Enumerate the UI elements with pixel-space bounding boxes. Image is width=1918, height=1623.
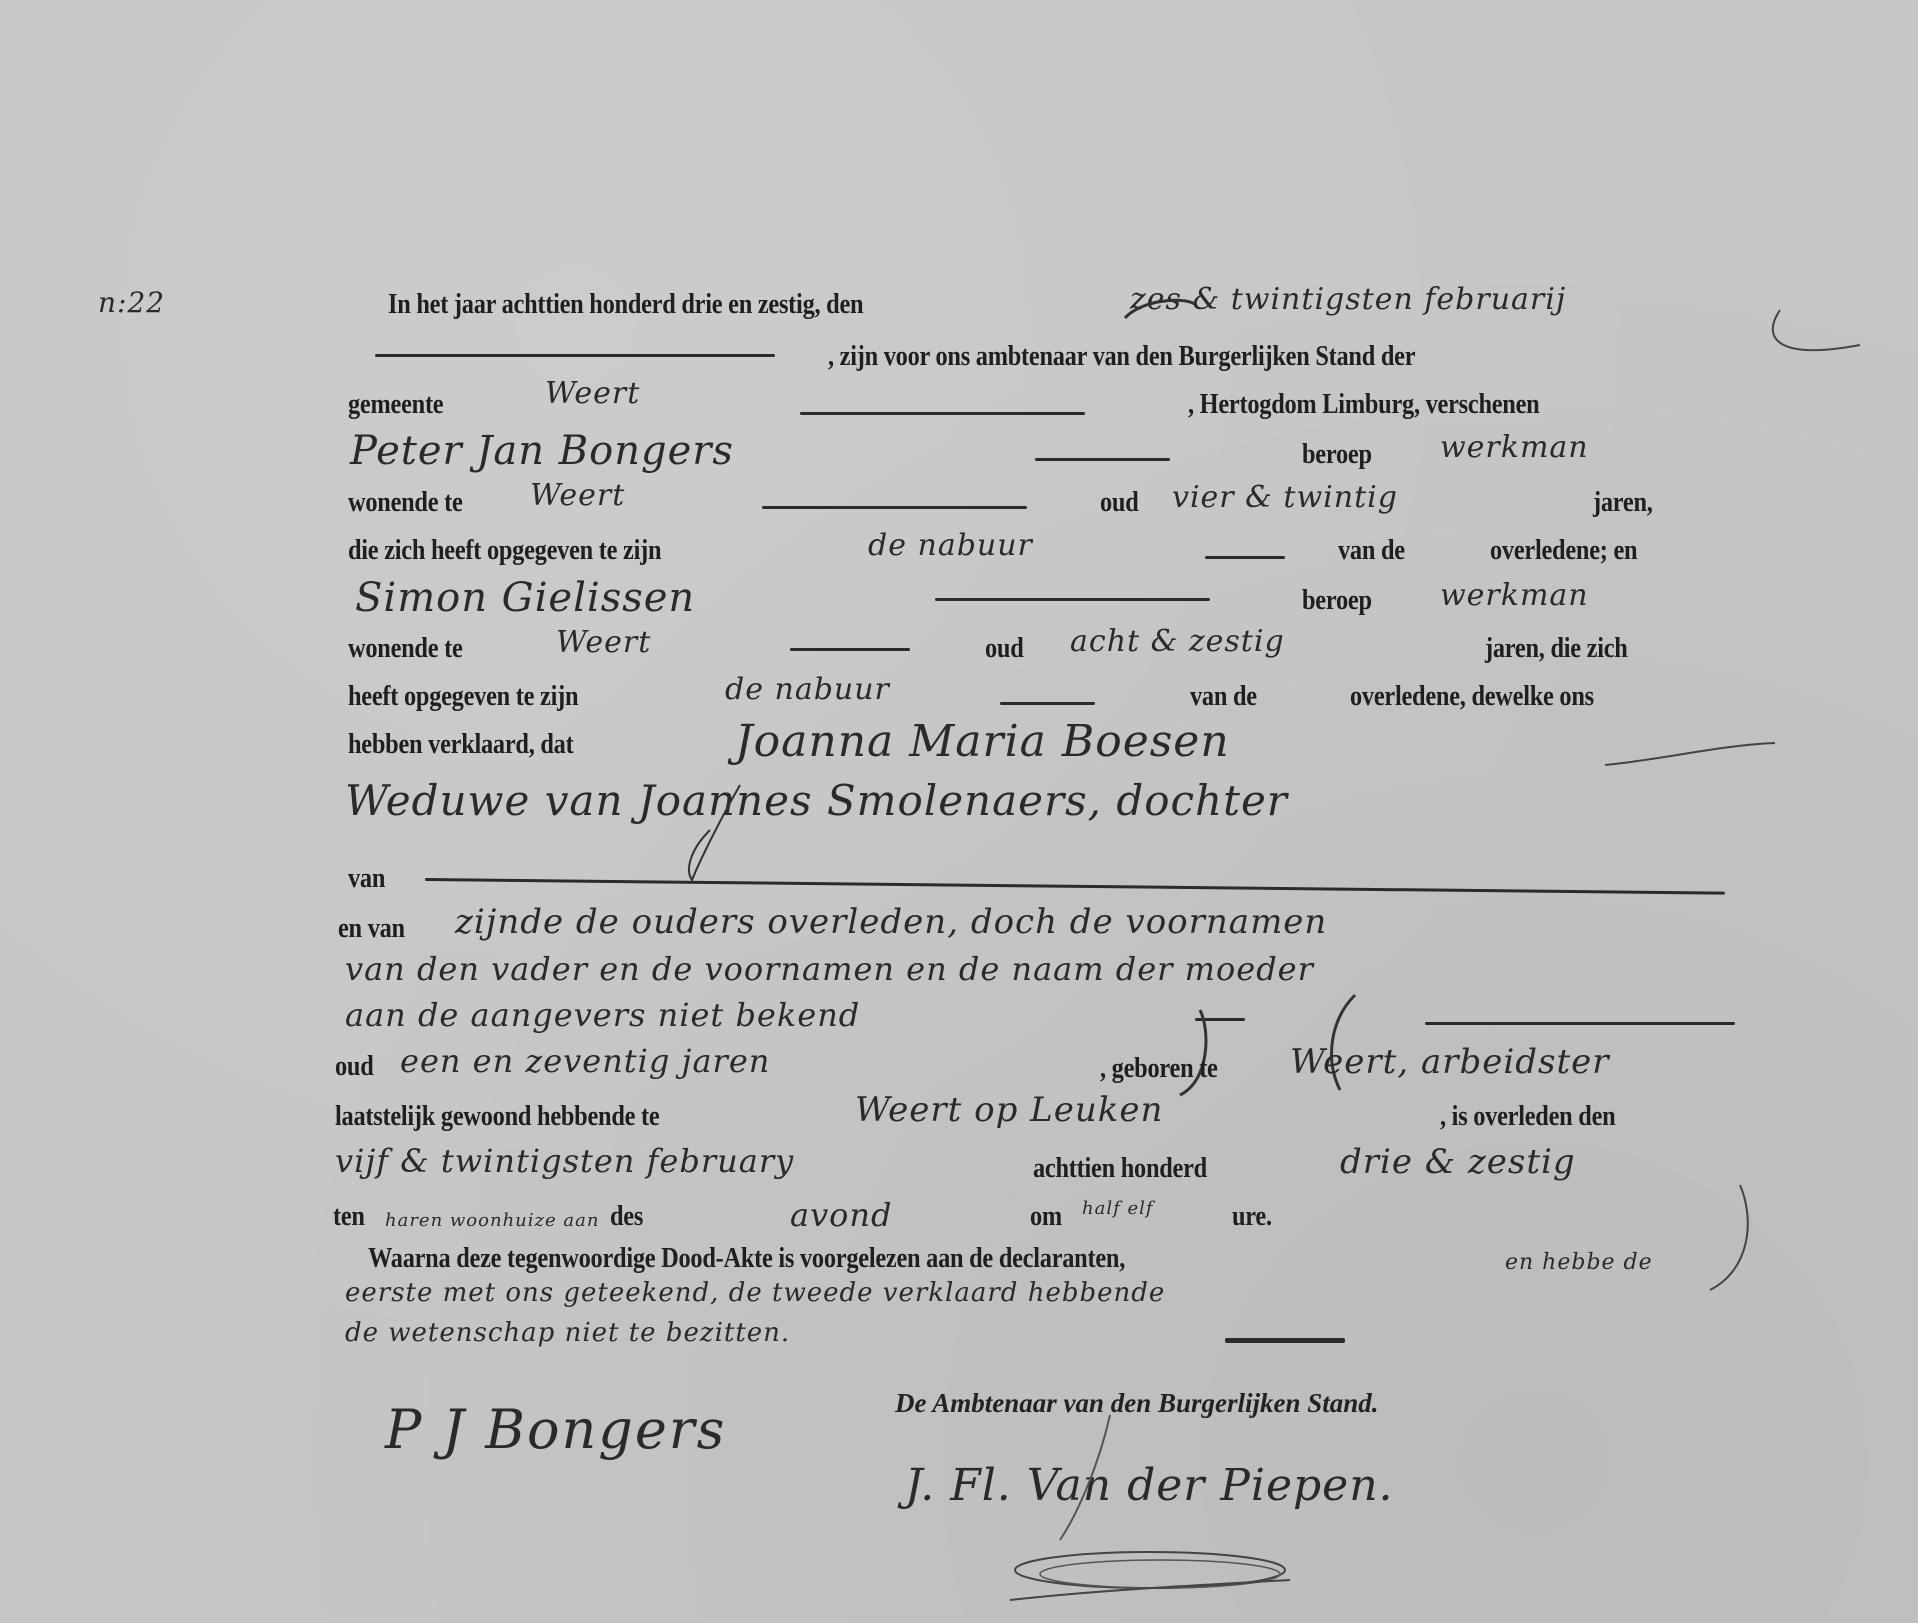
handwritten-closing-line1: eerste met ons geteekend, de tweede verk…	[345, 1278, 1165, 1308]
printed-gemeente: gemeente	[348, 388, 443, 421]
printed-die-zich: die zich heeft opgegeven te zijn	[348, 534, 661, 567]
handwritten-deceased-name: Joanna Maria Boesen	[735, 716, 1230, 767]
printed-geboren-te: , geboren te	[1100, 1052, 1218, 1085]
handwritten-gemeente: Weert	[545, 376, 640, 411]
blank-rule	[790, 648, 910, 651]
death-certificate-page: n:22 In het jaar achttien honderd drie e…	[0, 0, 1918, 1623]
date-tail-flourish	[1750, 300, 1870, 370]
printed-achttien-honderd: achttien honderd	[1033, 1152, 1207, 1185]
handwritten-parents-line3: aan de aangevers niet bekend	[345, 996, 860, 1034]
blank-rule	[1425, 1022, 1735, 1025]
printed-ure: ure.	[1232, 1200, 1272, 1233]
handwritten-closing-line2: de wetenschap niet te bezitten.	[345, 1318, 790, 1348]
bracket-flourish	[1170, 1000, 1260, 1100]
paraph-flourish	[1000, 1540, 1300, 1620]
blank-rule	[800, 412, 1085, 415]
printed-om: om	[1030, 1200, 1062, 1233]
printed-wonende-te-2: wonende te	[348, 632, 463, 665]
printed-wonende-te: wonende te	[348, 486, 463, 519]
printed-overledene-dewelke: overledene, dewelke ons	[1350, 680, 1594, 713]
handwritten-declarant1-residence: Weert	[530, 478, 625, 513]
handwritten-declarant2-name: Simon Gielissen	[355, 575, 695, 621]
handwritten-death-day-month: vijf & twintigsten february	[335, 1142, 794, 1180]
handwritten-declarant1-relation: de nabuur	[868, 528, 1033, 563]
handwritten-declarant1-occupation: werkman	[1440, 430, 1589, 465]
blank-rule	[1225, 1338, 1345, 1343]
printed-laatstelijk: laatstelijk gewoond hebbende te	[335, 1100, 659, 1133]
printed-oud: oud	[1100, 486, 1139, 519]
handwritten-last-residence: Weert op Leuken	[855, 1090, 1163, 1130]
printed-ten: ten	[333, 1200, 365, 1233]
printed-overledene-en: overledene; en	[1490, 534, 1637, 567]
printed-van-de: van de	[1338, 534, 1405, 567]
blank-rule	[1000, 702, 1095, 705]
printed-oud-3: oud	[335, 1050, 374, 1083]
printed-oud-2: oud	[985, 632, 1024, 665]
handwritten-declarant1-name: Peter Jan Bongers	[350, 428, 734, 474]
handwritten-closing-line0: en hebbe de	[1505, 1250, 1653, 1275]
date-flourish	[1120, 296, 1200, 326]
official-title: De Ambtenaar van den Burgerlijken Stand.	[895, 1388, 1379, 1419]
j-loop-flourish	[680, 780, 760, 890]
printed-hebben-verklaard: hebben verklaard, dat	[348, 728, 573, 761]
printed-en-van: en van	[338, 912, 405, 945]
handwritten-deceased-age: een en zeventig jaren	[400, 1042, 770, 1080]
handwritten-deceased-status: Weduwe van Joannes Smolenaers, dochter	[345, 776, 1288, 825]
handwritten-death-year: drie & zestig	[1340, 1142, 1576, 1182]
blank-rule	[935, 598, 1210, 601]
handwritten-declarant2-residence: Weert	[556, 625, 651, 660]
handwritten-parents-line1: zijnde de ouders overleden, doch de voor…	[455, 902, 1327, 942]
signature-official: J. Fl. Van der Piepen.	[905, 1460, 1394, 1511]
printed-van: van	[348, 862, 385, 895]
blank-rule	[1035, 458, 1170, 461]
printed-heeft-opgegeven: heeft opgegeven te zijn	[348, 680, 578, 713]
entry-number: n:22	[98, 286, 165, 319]
handwritten-hour: half elf	[1082, 1198, 1154, 1219]
printed-des: des	[610, 1200, 643, 1233]
signature-stroke	[1040, 1410, 1130, 1550]
handwritten-time-of-day: avond	[790, 1196, 893, 1234]
printed-line2: , zijn voor ons ambtenaar van den Burger…	[828, 340, 1415, 373]
name-tail-flourish	[1600, 735, 1780, 775]
signature-declarant: P J Bongers	[385, 1398, 726, 1461]
closing-flourish	[1700, 1180, 1760, 1300]
printed-jaren: jaren,	[1593, 486, 1653, 519]
blank-rule	[375, 354, 775, 357]
printed-beroep-2: beroep	[1302, 584, 1372, 617]
printed-beroep: beroep	[1302, 438, 1372, 471]
printed-jaren-die-zich: jaren, die zich	[1485, 632, 1628, 665]
printed-is-overleden: , is overleden den	[1440, 1100, 1615, 1133]
printed-intro: In het jaar achttien honderd drie en zes…	[388, 288, 863, 321]
blank-rule-long	[425, 878, 1725, 895]
handwritten-declarant2-relation: de nabuur	[725, 672, 890, 707]
blank-rule	[762, 506, 1027, 509]
handwritten-declarant1-age: vier & twintig	[1172, 480, 1398, 515]
handwritten-declarant2-age: acht & zestig	[1070, 624, 1285, 659]
blank-rule	[1205, 556, 1285, 559]
handwritten-declarant2-occupation: werkman	[1440, 578, 1589, 613]
handwritten-parents-line2: van den vader en de voornamen en de naam…	[345, 950, 1314, 988]
handwritten-place-of-death: haren woonhuize aan	[385, 1210, 599, 1231]
printed-hertogdom: , Hertogdom Limburg, verschenen	[1188, 388, 1539, 421]
handwritten-birthplace-occupation: Weert, arbeidster	[1290, 1042, 1609, 1082]
printed-waarna: Waarna deze tegenwoordige Dood-Akte is v…	[368, 1242, 1125, 1275]
printed-van-de-2: van de	[1190, 680, 1257, 713]
